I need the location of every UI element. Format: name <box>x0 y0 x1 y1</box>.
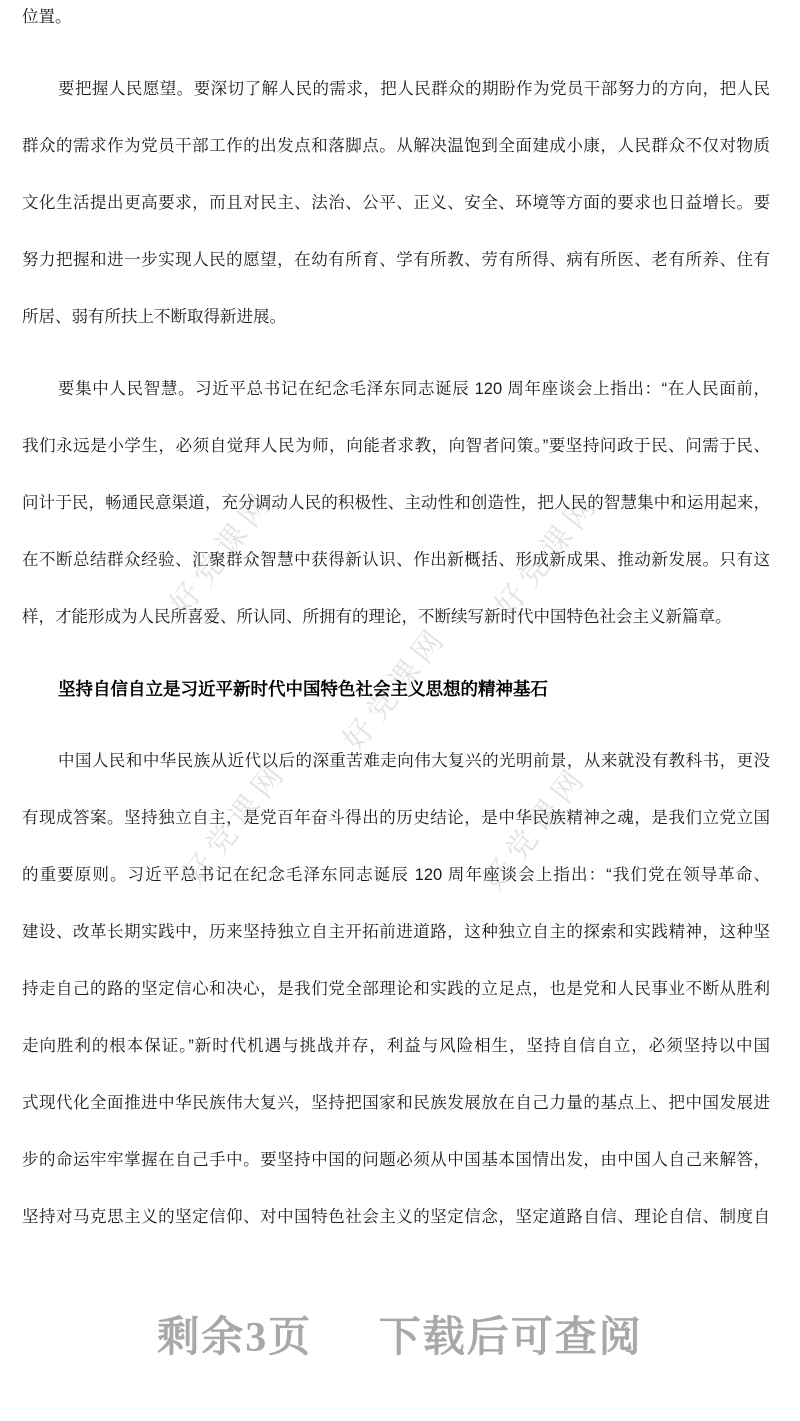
page-footer: 剩余3页 下载后可查阅 <box>0 1304 800 1364</box>
text-line: 有现成答案。坚持独立自主，是党百年奋斗得出的历史结论，是中华民族精神之魂，是我们… <box>22 790 770 847</box>
section-heading: 坚持自信自立是习近平新时代中国特色社会主义思想的精神基石 <box>22 661 770 718</box>
text-line: 我们永远是小学生，必须自觉拜人民为师，向能者求教，向智者问策。”要坚持问政于民、… <box>22 418 770 475</box>
document-body: 位置。要把握人民愿望。要深切了解人民的需求，把人民群众的期盼作为党员干部努力的方… <box>22 0 770 1261</box>
text-line: 所居、弱有所扶上不断取得新进展。 <box>22 289 770 346</box>
text-line: 在不断总结群众经验、汇聚群众智慧中获得新认识、作出新概括、形成新成果、推动新发展… <box>22 532 770 589</box>
text-line: 持走自己的路的坚定信心和决心，是我们党全部理论和实践的立足点，也是党和人民事业不… <box>22 961 770 1018</box>
text-line: 走向胜利的根本保证。”新时代机遇与挑战并存，利益与风险相生，坚持自信自立，必须坚… <box>22 1018 770 1075</box>
text-line: 步的命运牢牢掌握在自己手中。要坚持中国的问题必须从中国基本国情出发，由中国人自己… <box>22 1132 770 1189</box>
remaining-pages-label: 剩余3页 <box>157 1315 312 1361</box>
text-line: 文化生活提出更高要求，而且对民主、法治、公平、正义、安全、环境等方面的要求也日益… <box>22 175 770 232</box>
paragraph: 要集中人民智慧。习近平总书记在纪念毛泽东同志诞辰 120 周年座谈会上指出：“在… <box>22 361 770 646</box>
text-line: 建设、改革长期实践中，历来坚持独立自主开拓前进道路，这种独立自主的探索和实践精神… <box>22 904 770 961</box>
text-line: 问计于民，畅通民意渠道，充分调动人民的积极性、主动性和创造性，把人民的智慧集中和… <box>22 475 770 532</box>
text-line: 要把握人民愿望。要深切了解人民的需求，把人民群众的期盼作为党员干部努力的方向，把… <box>22 61 770 118</box>
text-line: 中国人民和中华民族从近代以后的深重苦难走向伟大复兴的光明前景，从来就没有教科书，… <box>22 733 770 790</box>
paragraph: 位置。 <box>22 0 770 46</box>
text-line: 要集中人民智慧。习近平总书记在纪念毛泽东同志诞辰 120 周年座谈会上指出：“在… <box>22 361 770 418</box>
text-line: 位置。 <box>22 0 770 46</box>
text-line: 努力把握和进一步实现人民的愿望，在幼有所育、学有所教、劳有所得、病有所医、老有所… <box>22 232 770 289</box>
text-line: 坚持自信自立是习近平新时代中国特色社会主义思想的精神基石 <box>22 661 770 718</box>
paragraph: 中国人民和中华民族从近代以后的深重苦难走向伟大复兴的光明前景，从来就没有教科书，… <box>22 733 770 1246</box>
text-line: 坚持对马克思主义的坚定信仰、对中国特色社会主义的坚定信念，坚定道路自信、理论自信… <box>22 1189 770 1246</box>
text-line: 式现代化全面推进中华民族伟大复兴，坚持把国家和民族发展放在自己力量的基点上、把中… <box>22 1075 770 1132</box>
paragraph: 要把握人民愿望。要深切了解人民的需求，把人民群众的期盼作为党员干部努力的方向，把… <box>22 61 770 346</box>
text-line: 样，才能形成为人民所喜爱、所认同、所拥有的理论，不断续写新时代中国特色社会主义新… <box>22 589 770 646</box>
text-line: 群众的需求作为党员干部工作的出发点和落脚点。从解决温饱到全面建成小康，人民群众不… <box>22 118 770 175</box>
download-hint-label: 下载后可查阅 <box>379 1315 643 1361</box>
text-line: 的重要原则。习近平总书记在纪念毛泽东同志诞辰 120 周年座谈会上指出：“我们党… <box>22 847 770 904</box>
